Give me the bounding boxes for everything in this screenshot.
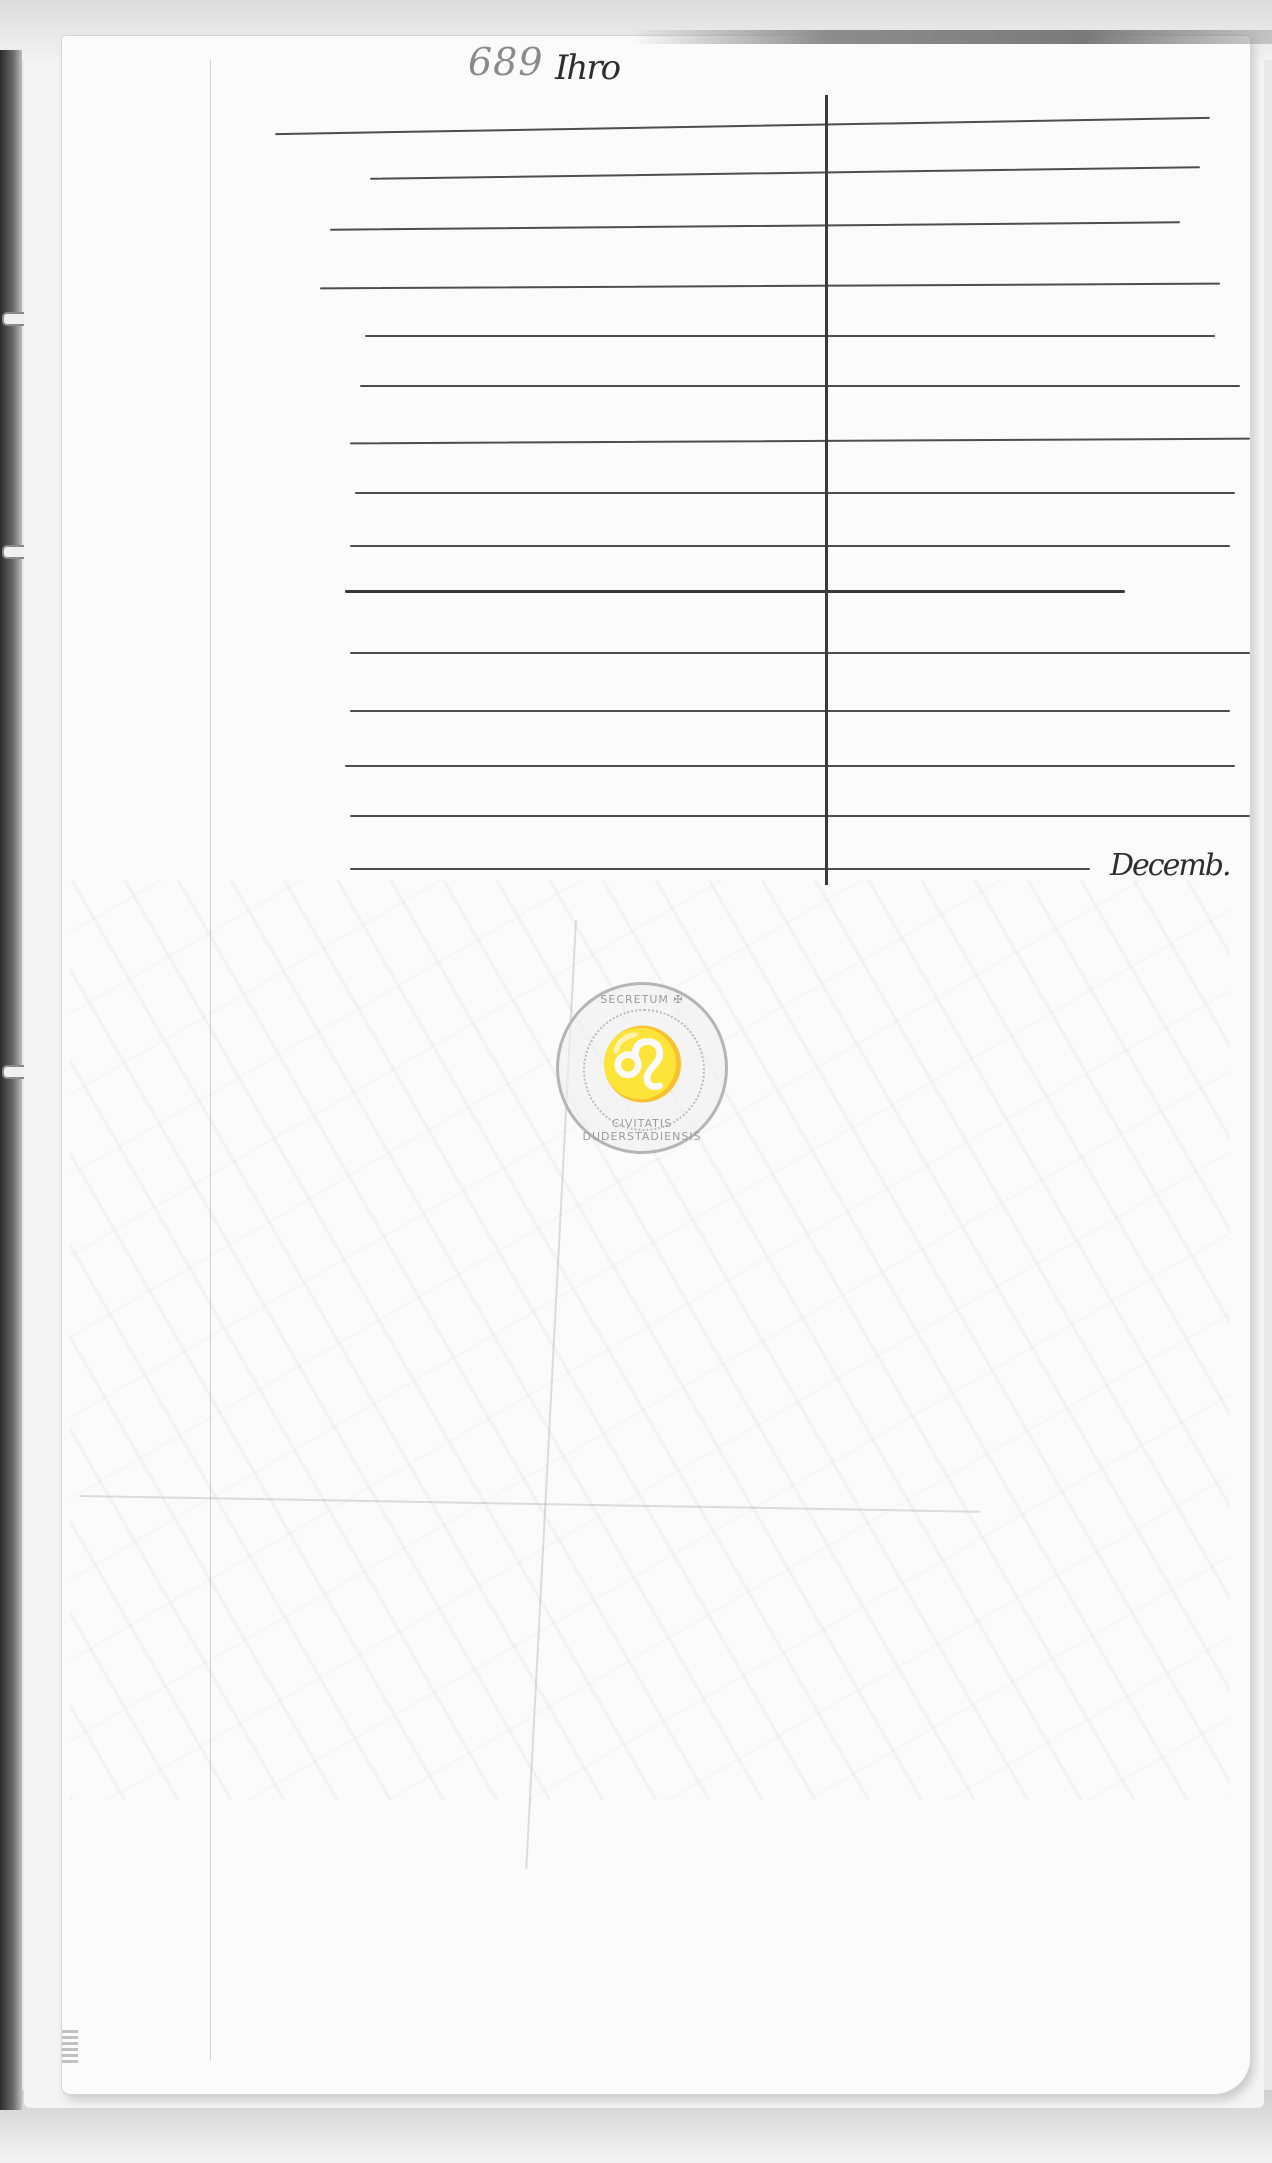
lion-icon: ♌	[599, 1029, 686, 1099]
cancel-stroke	[825, 95, 828, 885]
handwritten-line	[350, 868, 1090, 870]
seal-legend-bottom: CIVITATIS DUDERSTADIENSIS	[559, 1117, 725, 1143]
handwritten-line	[350, 710, 1230, 712]
handwritten-line	[355, 492, 1235, 494]
handwritten-line	[350, 438, 1250, 445]
handwritten-line	[360, 385, 1240, 387]
handwritten-line	[350, 652, 1250, 654]
handwritten-line	[345, 765, 1235, 767]
seal-legend-top: SECRETUM ✠	[559, 993, 725, 1006]
date-fragment: Decemb.	[1110, 848, 1230, 883]
handwritten-line	[330, 221, 1180, 230]
handwritten-line	[350, 545, 1230, 547]
handwritten-word: Ihro	[555, 48, 619, 88]
handwritten-line	[370, 166, 1200, 180]
handwritten-line	[275, 117, 1210, 135]
handwritten-line	[320, 283, 1220, 290]
archive-mark	[62, 2030, 78, 2066]
handwritten-line	[365, 335, 1215, 337]
city-seal-stamp: SECRETUM ✠ ♌ CIVITATIS DUDERSTADIENSIS	[556, 982, 728, 1154]
struck-through-line	[345, 590, 1125, 593]
handwritten-line	[350, 815, 1250, 817]
